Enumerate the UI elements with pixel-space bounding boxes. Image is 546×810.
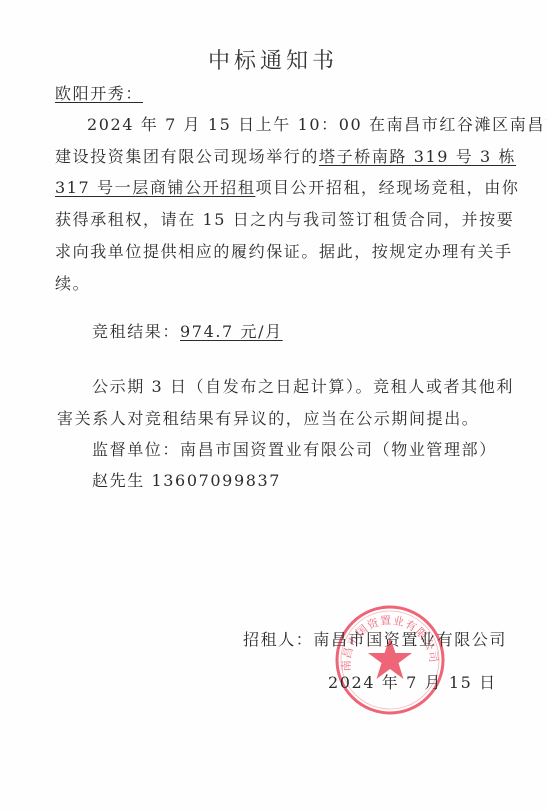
bid-result-label: 竞租结果：: [92, 322, 180, 341]
paragraph-line: 求向我单位提供相应的履约保证。据此，按规定办理有关手: [55, 242, 513, 262]
contact: 赵先生 13607099837: [92, 471, 281, 491]
contact-phone: 13607099837: [152, 471, 282, 490]
document-title: 中标通知书: [0, 44, 546, 75]
bid-result: 竞租结果：974.7 元/月: [92, 322, 283, 342]
paragraph-line: 获得承租权，请在 15 日之内与我司签订租赁合同，并按要: [55, 210, 514, 230]
paragraph-line: 317 号一层商铺公开招租项目公开招租，经现场竞租，由你: [55, 178, 519, 198]
paragraph-text: 建设投资集团有限公司现场举行的: [55, 147, 319, 166]
document-page: 中标通知书 欧阳开秀： 2024 年 7 月 15 日上午 10：00 在南昌市…: [0, 0, 546, 810]
project-name-part1: 塔子桥南路 319 号 3 栋: [319, 147, 516, 166]
contact-name: 赵先生: [92, 471, 145, 490]
notice-line: 公示期 3 日（自发布之日起计算）。竞租人或者其他利: [92, 377, 514, 397]
issue-date: 2024 年 7 月 15 日: [328, 673, 497, 693]
company-seal-stamp: 南昌市国资置业有限公司: [333, 603, 447, 717]
lessor-value: 南昌市国资置业有限公司: [313, 630, 507, 649]
paragraph-line: 2024 年 7 月 15 日上午 10：00 在南昌市红谷滩区南昌市: [87, 115, 546, 135]
supervisor-value: 南昌市国资置业有限公司（物业管理部）: [180, 440, 497, 459]
paragraph-line: 续。: [55, 274, 90, 294]
lessor-label: 招租人：: [243, 630, 313, 649]
lessor: 招租人：南昌市国资置业有限公司: [243, 630, 507, 650]
supervisor: 监督单位：南昌市国资置业有限公司（物业管理部）: [92, 440, 497, 460]
addressee: 欧阳开秀：: [55, 84, 143, 104]
notice-line: 害关系人对竞租结果有异议的，应当在公示期间提出。: [57, 409, 479, 429]
supervisor-label: 监督单位：: [92, 440, 180, 459]
paragraph-text: 项目公开招租，经现场竞租，由你: [255, 178, 519, 197]
paragraph-line: 建设投资集团有限公司现场举行的塔子桥南路 319 号 3 栋: [55, 147, 516, 167]
project-name-part2: 317 号一层商铺公开招租: [55, 178, 255, 197]
bid-result-value: 974.7 元/月: [180, 322, 283, 341]
